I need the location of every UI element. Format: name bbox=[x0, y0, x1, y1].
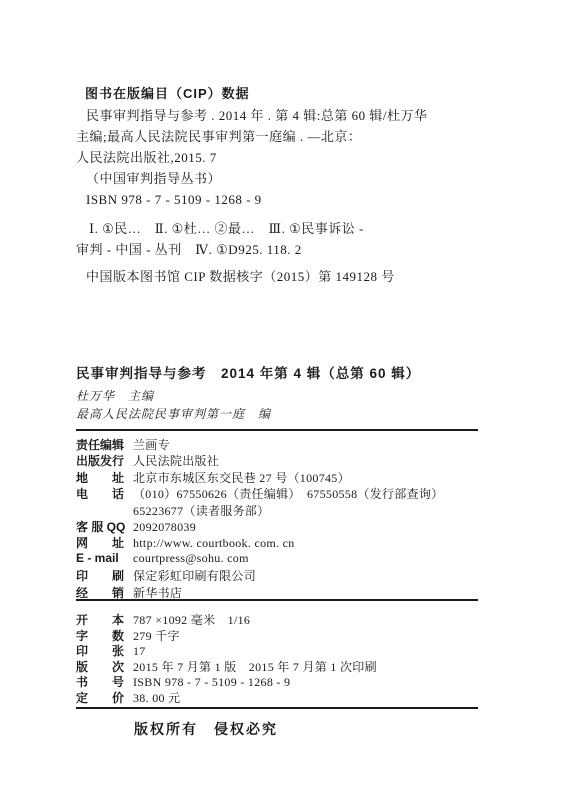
publisher-row: 客 服 QQ 2092078039 bbox=[76, 518, 496, 534]
row-value: （010）67550626（责任编辑） 67550558（发行部查询） bbox=[133, 485, 444, 502]
cip-registry-notice: 中国版本图书馆 CIP 数据核字（2015）第 149128 号 bbox=[86, 266, 395, 285]
website-url: http://www. courtbook. com. cn bbox=[133, 536, 295, 551]
publisher-row: 经 销 新华书店 bbox=[76, 584, 496, 600]
row-value: 保定彩虹印刷有限公司 bbox=[133, 567, 256, 584]
row-label: 书 号 bbox=[76, 673, 126, 690]
row-value: 279 千字 bbox=[133, 627, 180, 644]
row-value: 兰画专 bbox=[133, 436, 170, 453]
cip-classification-block: Ⅰ. ①民… Ⅱ. ①杜… ②最… Ⅲ. ①民事诉讼 - 审判 - 中国 - 丛… bbox=[76, 218, 486, 260]
cip-isbn-line: ISBN 978 - 7 - 5109 - 1268 - 9 bbox=[76, 189, 486, 210]
publisher-row: 电 话 （010）67550626（责任编辑） 67550558（发行部查询） bbox=[76, 485, 496, 501]
publisher-row-continuation: 65223677（读者服务部） bbox=[76, 502, 496, 518]
copyright-page: 图书在版编目（CIP）数据 民事审判指导与参考 . 2014 年 . 第 4 辑… bbox=[0, 0, 574, 794]
book-compiler: 最高人民法院民事审判第一庭 编 bbox=[76, 405, 271, 422]
printing-specs-block: 开 本 787 ×1092 毫米 1/16 字 数 279 千字 印 张 17 … bbox=[76, 611, 496, 705]
spec-row-price: 定 价 38. 00 元 bbox=[76, 689, 496, 705]
cip-class-line: Ⅰ. ①民… Ⅱ. ①杜… ②最… Ⅲ. ①民事诉讼 - bbox=[76, 218, 486, 239]
row-value: 787 ×1092 毫米 1/16 bbox=[133, 611, 250, 628]
book-title: 民事审判指导与参考 2014 年第 4 辑（总第 60 辑） bbox=[76, 362, 420, 382]
cip-header: 图书在版编目（CIP）数据 bbox=[85, 83, 250, 102]
row-label: 定 价 bbox=[76, 689, 126, 706]
book-editor: 杜万华 主编 bbox=[76, 387, 154, 404]
row-label: 电 话 bbox=[76, 485, 126, 502]
cip-record-line: 主编;最高人民法院民事审判第一庭编 . —北京： bbox=[76, 126, 486, 147]
publisher-row-website: 网 址 http://www. courtbook. com. cn bbox=[76, 534, 496, 550]
publisher-row: 印 刷 保定彩虹印刷有限公司 bbox=[76, 567, 496, 583]
row-label: 经 销 bbox=[76, 584, 126, 601]
price-value: 38. 00 元 bbox=[133, 689, 180, 706]
row-label: 开 本 bbox=[76, 611, 126, 628]
spec-row: 版 次 2015 年 7 月第 1 版 2015 年 7 月第 1 次印刷 bbox=[76, 658, 496, 674]
email-address: courtpress@sohu. com bbox=[133, 551, 249, 566]
cip-record-line: 人民法院出版社,2015. 7 bbox=[76, 147, 486, 168]
cip-record-block: 民事审判指导与参考 . 2014 年 . 第 4 辑:总第 60 辑/杜万华 主… bbox=[76, 105, 486, 210]
cip-class-line: 审判 - 中国 - 丛刊 Ⅳ. ①D925. 118. 2 bbox=[76, 239, 486, 260]
publisher-row: 出版发行 人民法院出版社 bbox=[76, 452, 496, 468]
cip-record-line: （中国审判指导丛书） bbox=[76, 168, 486, 189]
row-label: E - mail bbox=[76, 551, 126, 565]
spec-row: 字 数 279 千字 bbox=[76, 627, 496, 643]
divider-rule-top bbox=[76, 429, 478, 431]
row-label: 印 刷 bbox=[76, 567, 126, 584]
divider-rule-bottom bbox=[76, 707, 478, 709]
publisher-info-block: 责任编辑 兰画专 出版发行 人民法院出版社 地 址 北京市东城区东交民巷 27 … bbox=[76, 436, 496, 600]
row-label: 客 服 QQ bbox=[76, 518, 126, 535]
row-label: 印 张 bbox=[76, 642, 126, 659]
spec-row: 开 本 787 ×1092 毫米 1/16 bbox=[76, 611, 496, 627]
row-label: 地 址 bbox=[76, 469, 126, 486]
row-label: 网 址 bbox=[76, 534, 126, 551]
row-value: 人民法院出版社 bbox=[133, 452, 219, 469]
row-label: 出版发行 bbox=[76, 452, 126, 469]
row-value: 2092078039 bbox=[133, 520, 196, 535]
publisher-row-email: E - mail courtpress@sohu. com bbox=[76, 551, 496, 567]
publisher-row: 地 址 北京市东城区东交民巷 27 号（100745） bbox=[76, 469, 496, 485]
cip-record-line: 民事审判指导与参考 . 2014 年 . 第 4 辑:总第 60 辑/杜万华 bbox=[76, 105, 486, 126]
row-label: 字 数 bbox=[76, 627, 126, 644]
divider-rule-middle bbox=[76, 599, 478, 601]
spec-row-isbn: 书 号 ISBN 978 - 7 - 5109 - 1268 - 9 bbox=[76, 673, 496, 689]
row-value: 65223677（读者服务部） bbox=[133, 502, 270, 519]
row-value: 北京市东城区东交民巷 27 号（100745） bbox=[133, 469, 350, 486]
row-label: 责任编辑 bbox=[76, 436, 126, 453]
spec-row: 印 张 17 bbox=[76, 642, 496, 658]
row-value: 新华书店 bbox=[133, 584, 182, 601]
row-value: 2015 年 7 月第 1 版 2015 年 7 月第 1 次印刷 bbox=[133, 658, 377, 675]
copyright-notice: 版权所有 侵权必究 bbox=[134, 719, 278, 739]
row-label: 版 次 bbox=[76, 658, 126, 675]
publisher-row: 责任编辑 兰画专 bbox=[76, 436, 496, 452]
